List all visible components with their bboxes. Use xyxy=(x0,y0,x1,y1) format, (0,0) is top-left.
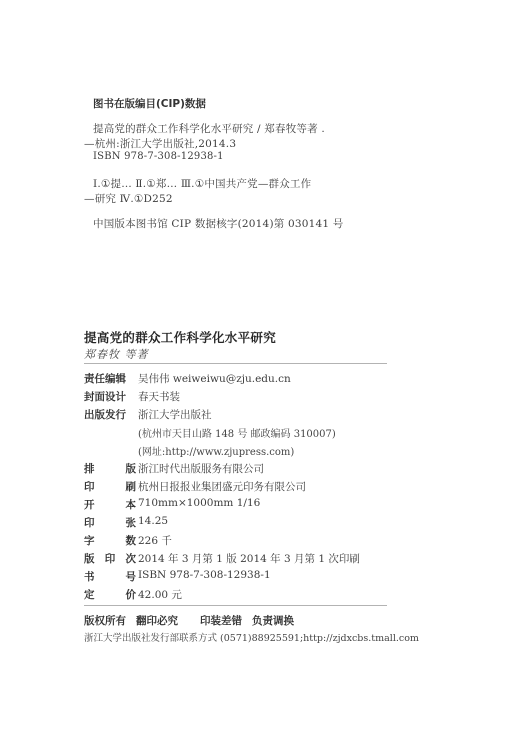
info-value: ISBN 978-7-308-12938-1 xyxy=(138,569,271,581)
distribution-contact: 浙江大学出版社发行部联系方式 (0571)88925591;http://zjd… xyxy=(84,630,419,644)
info-value: 杭州日报报业集团盛元印务有限公司 xyxy=(138,479,306,494)
info-label: 字数 xyxy=(84,533,136,548)
info-value: 浙江时代出版服务有限公司 xyxy=(138,461,264,476)
cip-publisher-line: —杭州:浙江大学出版社,2014.3 xyxy=(84,136,236,151)
book-title: 提高党的群众工作科学化水平研究 xyxy=(84,328,276,346)
cip-isbn-line: ISBN 978-7-308-12938-1 xyxy=(93,151,224,162)
info-label: 封面设计 xyxy=(84,389,136,404)
info-label: 印刷 xyxy=(84,479,136,494)
exchange-text: 负责调换 xyxy=(252,615,294,627)
cip-classification-line: Ⅰ.①提… Ⅱ.①郑… Ⅲ.①中国共产党—群众工作 xyxy=(93,176,311,191)
info-value: 14.25 xyxy=(138,515,168,527)
copyright-notice: 版权所有翻印必究印装差错负责调换 xyxy=(84,613,304,628)
info-value: 春天书装 xyxy=(138,389,180,404)
divider-top xyxy=(84,363,387,364)
divider-bottom xyxy=(84,605,387,606)
copyright-text: 版权所有 xyxy=(84,615,126,627)
cip-record-number: 中国版本图书馆 CIP 数据核字(2014)第 030141 号 xyxy=(93,216,344,231)
info-label: 责任编辑 xyxy=(84,371,136,386)
info-label: 印张 xyxy=(84,515,136,530)
info-value: 吴伟伟 weiweiwu@zju.edu.cn xyxy=(138,371,291,386)
book-authors: 郑春牧 等著 xyxy=(84,346,149,362)
info-value: 226 千 xyxy=(138,533,172,548)
info-value: 浙江大学出版社 xyxy=(138,407,212,422)
info-label: 出版发行 xyxy=(84,407,136,422)
info-value: 42.00 元 xyxy=(138,587,182,602)
misprint-text: 印装差错 xyxy=(200,615,242,627)
no-reprint-text: 翻印必究 xyxy=(136,615,178,627)
info-value: 710mm×1000mm 1/16 xyxy=(138,497,260,509)
info-label: 定价 xyxy=(84,587,136,602)
info-label: 书号 xyxy=(84,569,136,584)
info-value: (网址:http://www.zjupress.com) xyxy=(138,443,294,458)
cip-classification-line-cont: —研究 Ⅳ.①D252 xyxy=(84,191,173,206)
info-label: 排版 xyxy=(84,461,136,476)
info-value: 2014 年 3 月第 1 版 2014 年 3 月第 1 次印刷 xyxy=(138,551,360,566)
info-value: (杭州市天目山路 148 号 邮政编码 310007) xyxy=(138,425,336,440)
cip-heading: 图书在版编目(CIP)数据 xyxy=(93,96,206,111)
info-label: 版印次 xyxy=(84,551,136,566)
info-label: 开本 xyxy=(84,497,136,512)
cip-title-line: 提高党的群众工作科学化水平研究 / 郑春牧等著 . xyxy=(93,121,325,136)
